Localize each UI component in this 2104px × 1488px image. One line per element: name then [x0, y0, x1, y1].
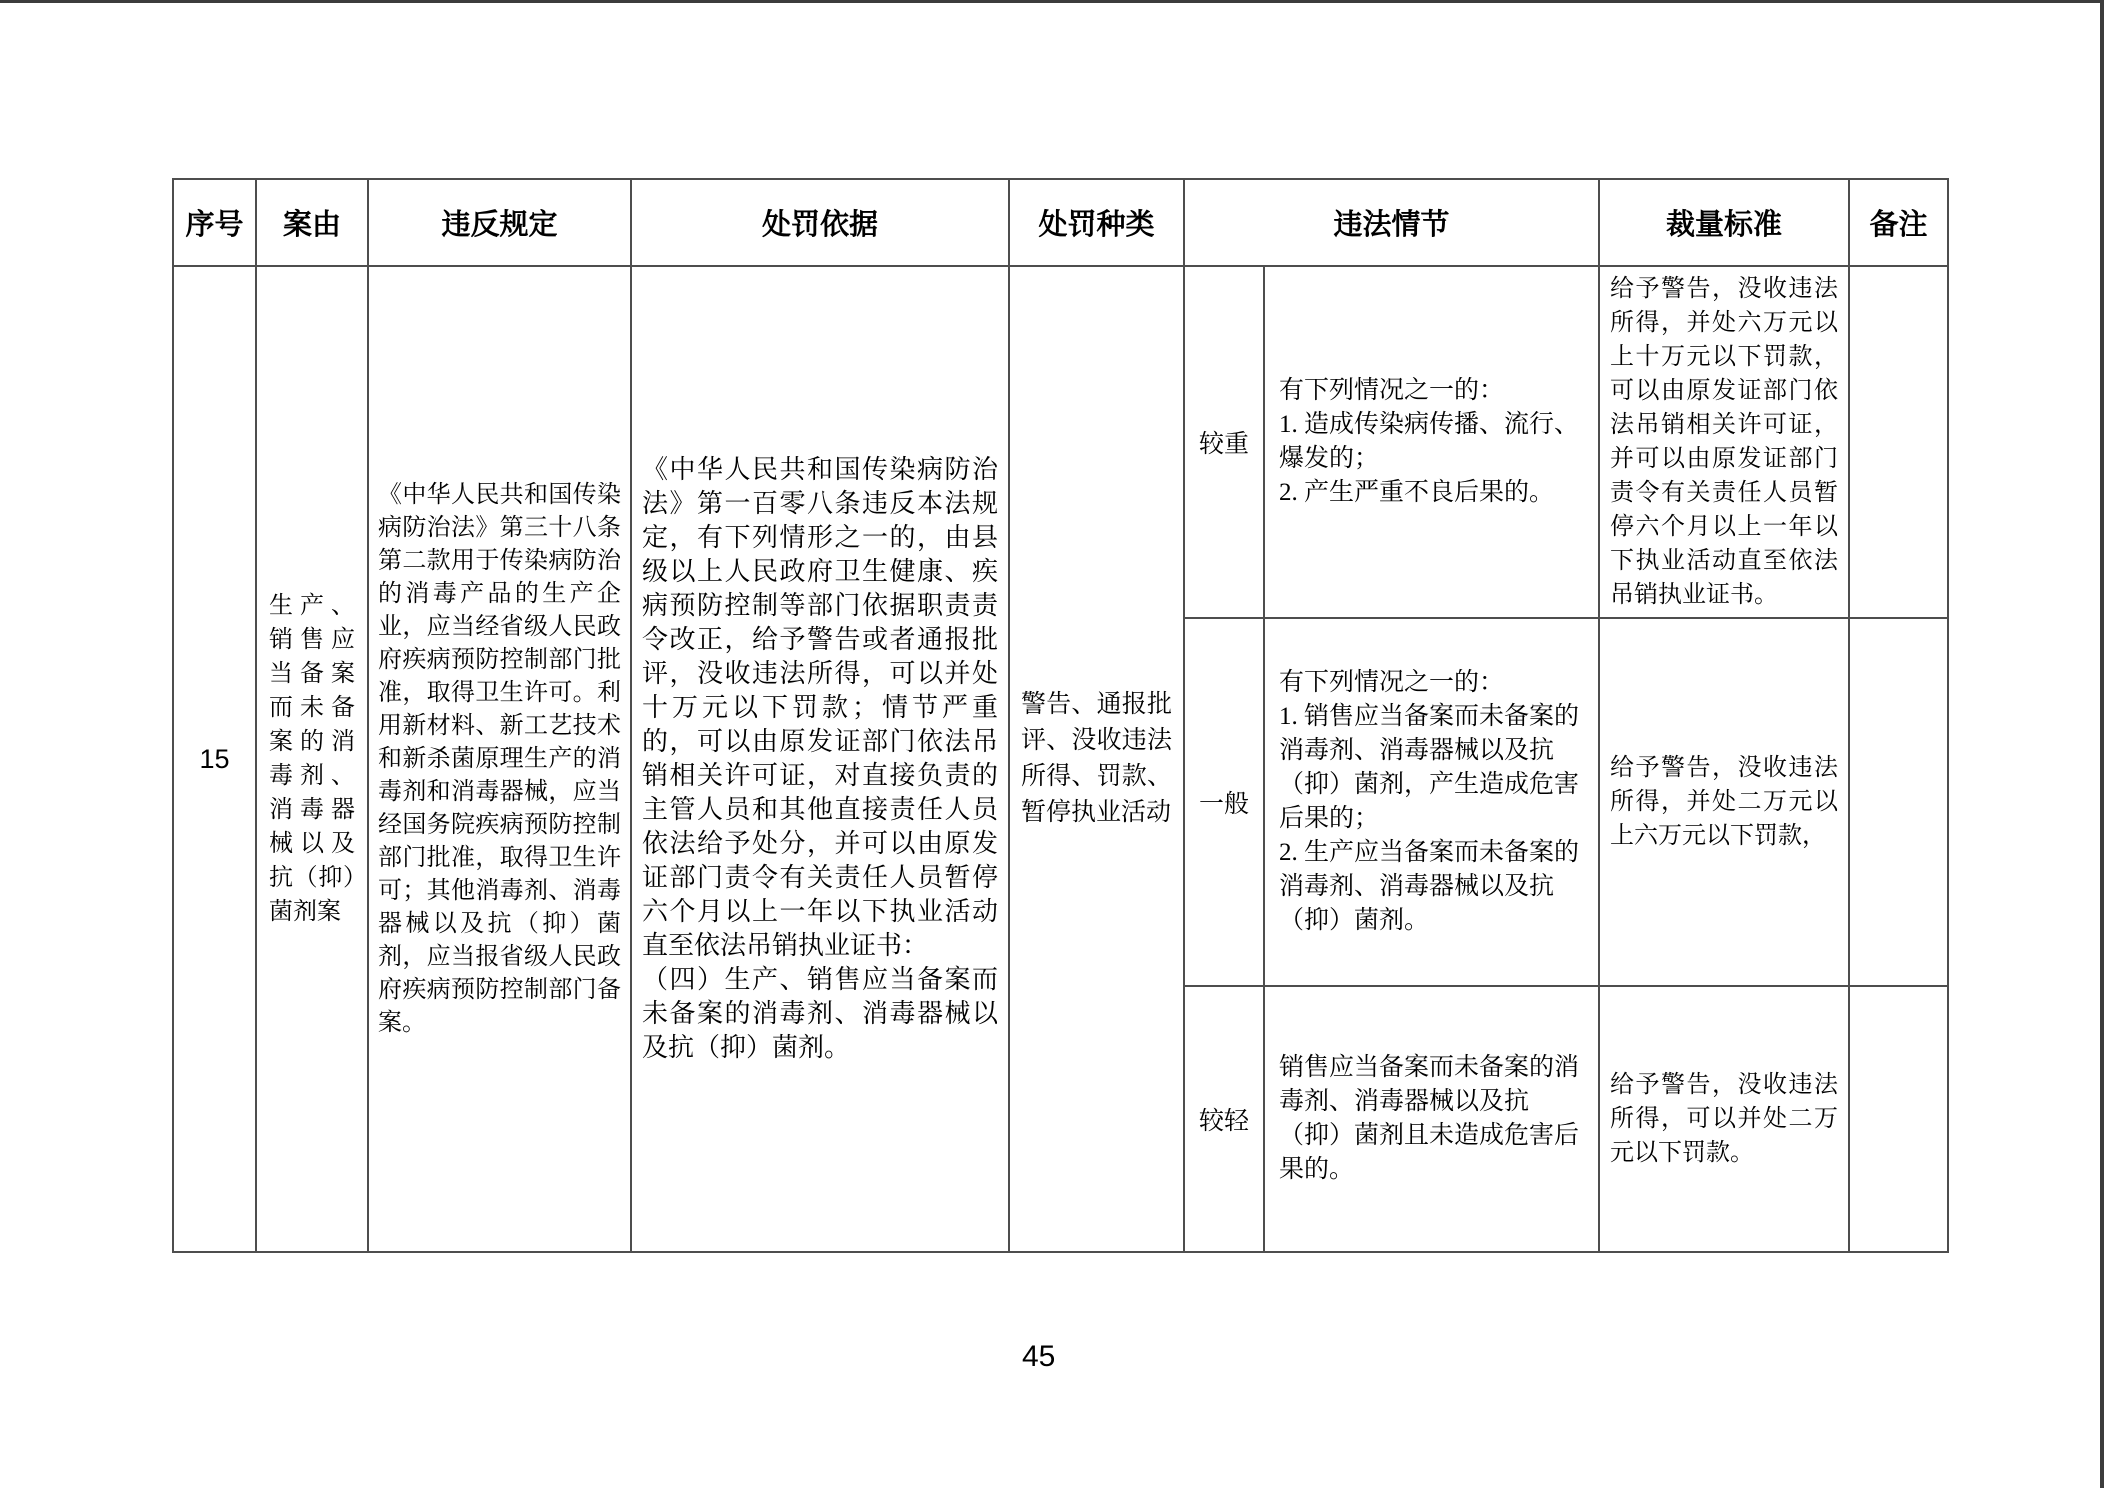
- cell-standard-general: 给予警告，没收违法所得，并处二万元以上六万元以下罚款，: [1599, 618, 1849, 986]
- cell-severity-severe: 较重: [1184, 266, 1264, 618]
- column-header-seq: 序号: [173, 179, 256, 266]
- circumstances-line: 有下列情况之一的：: [1279, 666, 1584, 700]
- circumstances-line: 1. 销售应当备案而未备案的消毒剂、消毒器械以及抗（抑）菌剂，产生造成危害后果的…: [1279, 700, 1584, 836]
- cell-seq-number: 15: [173, 266, 256, 1252]
- column-header-circumstances: 违法情节: [1184, 179, 1599, 266]
- column-header-violation: 违反规定: [368, 179, 631, 266]
- right-edge-line: [2100, 0, 2104, 1488]
- cell-penalty-basis: 《中华人民共和国传染病防治法》第一百零八条违反本法规定，有下列情形之一的，由县级…: [631, 266, 1009, 1252]
- cell-remark-severe: [1849, 266, 1948, 618]
- cell-violated-provision: 《中华人民共和国传染病防治法》第三十八条第二款用于传染病防治的消毒产品的生产企业…: [368, 266, 631, 1252]
- page-number: 45: [1022, 1340, 1055, 1374]
- column-header-basis: 处罚依据: [631, 179, 1009, 266]
- document-page: 序号 案由 违反规定 处罚依据 处罚种类 违法情节 裁量标准 备注 15 生产、…: [0, 0, 2104, 1488]
- circumstances-line: 1. 造成传染病传播、流行、爆发的；: [1279, 408, 1584, 476]
- penalty-types-text: 警告、通报批评、没收违法所得、罚款、暂停执业活动: [1021, 687, 1172, 831]
- cell-severity-light: 较轻: [1184, 986, 1264, 1252]
- column-header-cause: 案由: [256, 179, 368, 266]
- standard-text: 给予警告，没收违法所得，并处六万元以上十万元以下罚款，可以由原发证部门依法吊销相…: [1610, 272, 1838, 612]
- standard-text: 给予警告，没收违法所得，并处二万元以上六万元以下罚款，: [1610, 751, 1838, 853]
- cell-case-cause: 生产、销售应当备案而未备案的消毒剂、消毒器械以及抗（抑）菌剂案: [256, 266, 368, 1252]
- circumstances-line: 有下列情况之一的：: [1279, 374, 1584, 408]
- cell-remark-general: [1849, 618, 1948, 986]
- table-row-tier-severe: 15 生产、销售应当备案而未备案的消毒剂、消毒器械以及抗（抑）菌剂案 《中华人民…: [173, 266, 1948, 618]
- cell-remark-light: [1849, 986, 1948, 1252]
- penalty-basis-main-text: 《中华人民共和国传染病防治法》第一百零八条违反本法规定，有下列情形之一的，由县级…: [642, 453, 998, 963]
- cell-circumstances-light: 销售应当备案而未备案的消毒剂、消毒器械以及抗（抑）菌剂且未造成危害后果的。: [1264, 986, 1599, 1252]
- column-header-remark: 备注: [1849, 179, 1948, 266]
- cell-penalty-types: 警告、通报批评、没收违法所得、罚款、暂停执业活动: [1009, 266, 1184, 1252]
- column-header-types: 处罚种类: [1009, 179, 1184, 266]
- penalty-basis-item-text: （四）生产、销售应当备案而未备案的消毒剂、消毒器械以及抗（抑）菌剂。: [642, 963, 998, 1065]
- circumstances-line: 2. 产生严重不良后果的。: [1279, 476, 1584, 510]
- cell-standard-light: 给予警告，没收违法所得，可以并处二万元以下罚款。: [1599, 986, 1849, 1252]
- penalty-discretion-table: 序号 案由 违反规定 处罚依据 处罚种类 违法情节 裁量标准 备注 15 生产、…: [172, 178, 1949, 1253]
- cell-severity-general: 一般: [1184, 618, 1264, 986]
- standard-text: 给予警告，没收违法所得，可以并处二万元以下罚款。: [1610, 1068, 1838, 1170]
- cell-circumstances-severe: 有下列情况之一的： 1. 造成传染病传播、流行、爆发的； 2. 产生严重不良后果…: [1264, 266, 1599, 618]
- violated-provision-text: 《中华人民共和国传染病防治法》第三十八条第二款用于传染病防治的消毒产品的生产企业…: [378, 479, 621, 1040]
- circumstances-line: 2. 生产应当备案而未备案的消毒剂、消毒器械以及抗（抑）菌剂。: [1279, 836, 1584, 938]
- case-cause-text: 生产、销售应当备案而未备案的消毒剂、消毒器械以及抗（抑）菌剂案: [269, 589, 355, 929]
- table-header-row: 序号 案由 违反规定 处罚依据 处罚种类 违法情节 裁量标准 备注: [173, 179, 1948, 266]
- circumstances-line: 销售应当备案而未备案的消毒剂、消毒器械以及抗（抑）菌剂且未造成危害后果的。: [1279, 1051, 1584, 1187]
- cell-circumstances-general: 有下列情况之一的： 1. 销售应当备案而未备案的消毒剂、消毒器械以及抗（抑）菌剂…: [1264, 618, 1599, 986]
- top-edge-line: [0, 0, 2104, 3]
- cell-standard-severe: 给予警告，没收违法所得，并处六万元以上十万元以下罚款，可以由原发证部门依法吊销相…: [1599, 266, 1849, 618]
- column-header-standard: 裁量标准: [1599, 179, 1849, 266]
